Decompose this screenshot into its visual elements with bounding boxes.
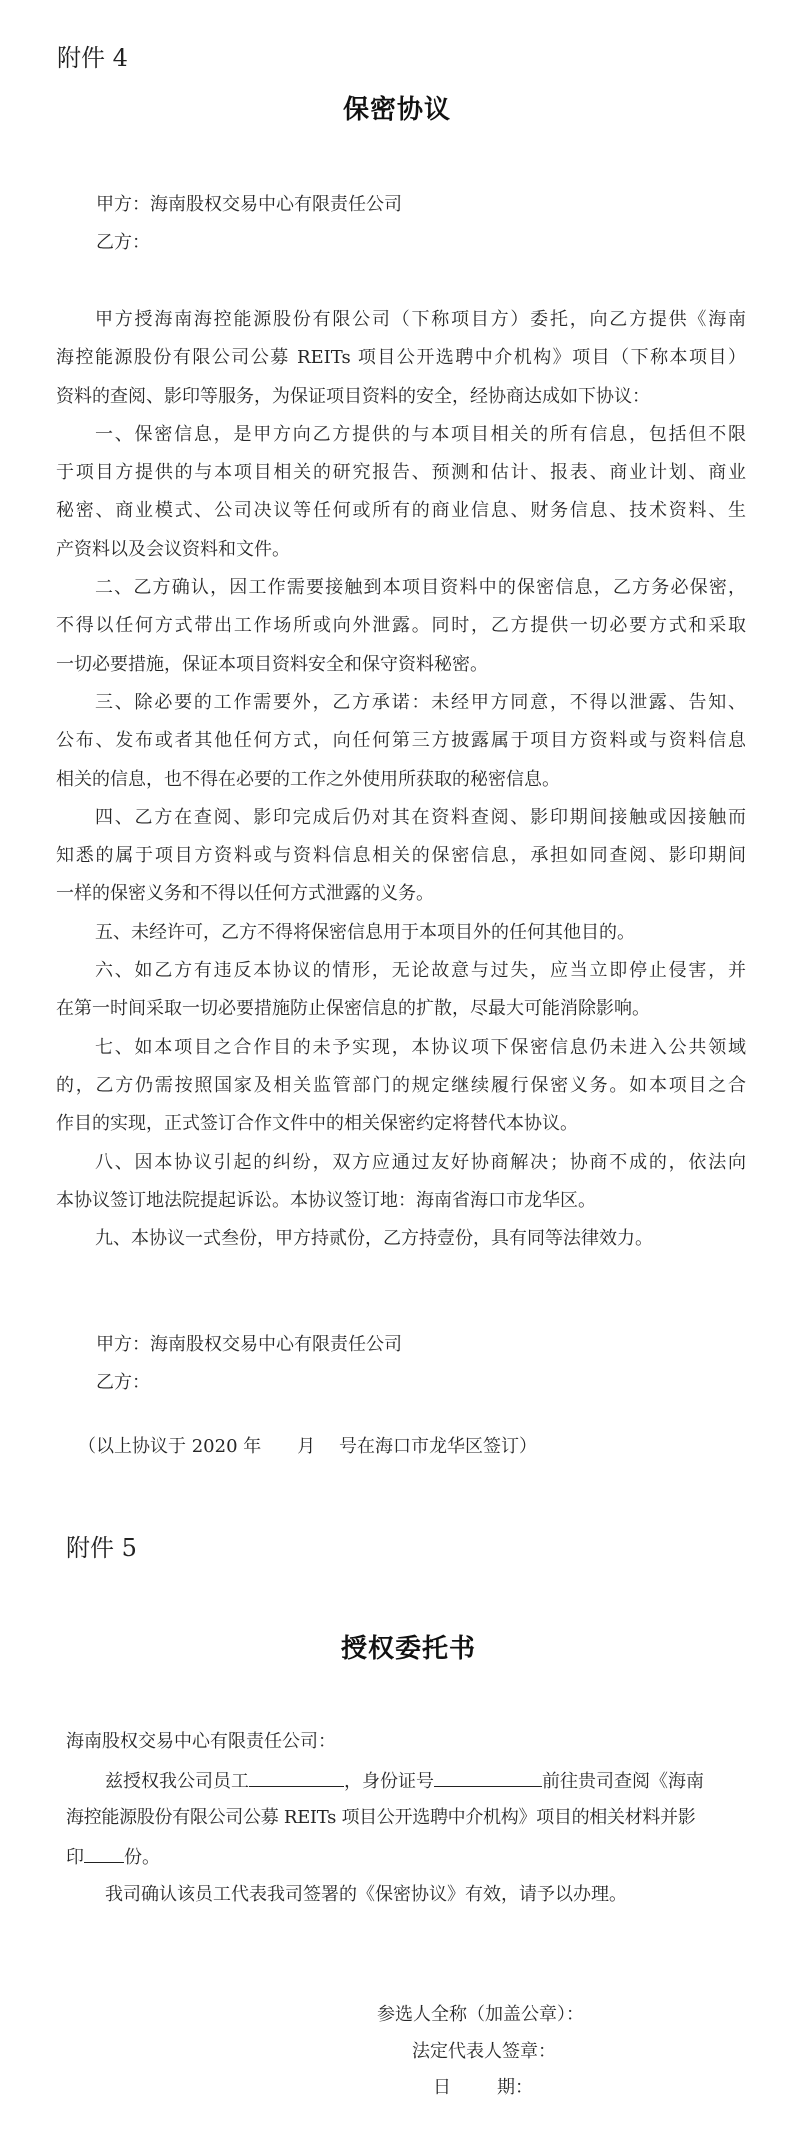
text-line: 本协议签订地法院提起诉讼。本协议签订地：海南省海口市龙华区。 [56, 1182, 746, 1220]
text-line: 资料的查阅、影印等服务，为保证项目资料的安全，经协商达成如下协议： [56, 378, 746, 416]
text-line: 于项目方提供的与本项目相关的研究报告、预测和估计、报表、商业计划、商业 [56, 454, 746, 492]
text-line: 二、乙方确认，因工作需要接触到本项目资料中的保密信息，乙方务必保密， [56, 569, 746, 607]
paragraph-intro: 甲方授海南海控能源股份有限公司（下称项目方）委托，向乙方提供《海南 海控能源股份… [56, 301, 746, 416]
text-line: 在第一时间采取一切必要措施防止保密信息的扩散，尽最大可能消除影响。 [56, 990, 746, 1028]
confirmation-line: 我司确认该员工代表我司签署的《保密协议》有效，请予以办理。 [105, 1883, 627, 1907]
clause-3: 三、除必要的工作需要外，乙方承诺：未经甲方同意，不得以泄露、告知、 公布、发布或… [56, 684, 746, 799]
attachment-5-label: 附件 5 [66, 1534, 137, 1562]
text-line: 公布、发布或者其他任何方式，向任何第三方披露属于项目方资料或与资料信息 [56, 722, 746, 760]
text-line: 甲方授海南海控能源股份有限公司（下称项目方）委托，向乙方提供《海南 [56, 301, 746, 339]
text-line: 一、保密信息，是甲方向乙方提供的与本项目相关的所有信息，包括但不限 [56, 416, 746, 454]
text-line: 的，乙方仍需按照国家及相关监管部门的规定继续履行保密义务。如本项目之合 [56, 1067, 746, 1105]
authorization-line-3: 印份。 [66, 1844, 160, 1870]
text-line: 一切必要措施，保证本项目资料安全和保守资料秘密。 [56, 646, 746, 684]
clause-8: 八、因本协议引起的纠纷，双方应通过友好协商解决；协商不成的，依法向 本协议签订地… [56, 1144, 746, 1221]
legal-rep-signature-line: 法定代表人签章： [412, 2040, 556, 2064]
text-line: 九、本协议一式叁份，甲方持贰份，乙方持壹份，具有同等法律效力。 [56, 1220, 746, 1258]
signing-date-line: （以上协议于 2020 年 月 号在海口市龙华区签订） [78, 1435, 537, 1459]
employee-name-blank[interactable] [249, 1768, 344, 1787]
clause-7: 七、如本项目之合作目的未予实现，本协议项下保密信息仍未进入公共领域 的，乙方仍需… [56, 1029, 746, 1144]
text-segment: 前往贵司查阅《海南 [542, 1771, 704, 1792]
id-number-blank[interactable] [434, 1768, 542, 1787]
text-segment: 印 [66, 1847, 84, 1868]
clause-9: 九、本协议一式叁份，甲方持贰份，乙方持壹份，具有同等法律效力。 [56, 1220, 746, 1258]
clause-2: 二、乙方确认，因工作需要接触到本项目资料中的保密信息，乙方务必保密， 不得以任何… [56, 569, 746, 684]
text-line: 八、因本协议引起的纠纷，双方应通过友好协商解决；协商不成的，依法向 [56, 1144, 746, 1182]
party-b-line: 乙方： [96, 231, 150, 255]
applicant-seal-line: 参选人全称（加盖公章）： [377, 2003, 584, 2027]
power-of-attorney-title: 授权委托书 [341, 1634, 476, 1664]
signature-party-a: 甲方：海南股权交易中心有限责任公司 [96, 1333, 402, 1357]
text-line: 海控能源股份有限公司公募 REITs 项目公开选聘中介机构》项目（下称本项目） [56, 339, 746, 377]
party-a-line: 甲方：海南股权交易中心有限责任公司 [96, 193, 402, 217]
text-line: 秘密、商业模式、公司决议等任何或所有的商业信息、财务信息、技术资料、生 [56, 492, 746, 530]
text-line: 四、乙方在查阅、影印完成后仍对其在资料查阅、影印期间接触或因接触而 [56, 799, 746, 837]
text-line: 三、除必要的工作需要外，乙方承诺：未经甲方同意，不得以泄露、告知、 [56, 684, 746, 722]
text-line: 七、如本项目之合作目的未予实现，本协议项下保密信息仍未进入公共领域 [56, 1029, 746, 1067]
text-line: 产资料以及会议资料和文件。 [56, 531, 746, 569]
signature-party-b: 乙方： [96, 1371, 150, 1395]
text-line: 不得以任何方式带出工作场所或向外泄露。同时，乙方提供一切必要方式和采取 [56, 607, 746, 645]
text-line: 五、未经许可，乙方不得将保密信息用于本项目外的任何其他目的。 [56, 914, 746, 952]
text-line: 六、如乙方有违反本协议的情形，无论故意与过失，应当立即停止侵害，并 [56, 952, 746, 990]
addressee-line: 海南股权交易中心有限责任公司： [66, 1730, 336, 1754]
clause-5: 五、未经许可，乙方不得将保密信息用于本项目外的任何其他目的。 [56, 914, 746, 952]
text-line: 一样的保密义务和不得以任何方式泄露的义务。 [56, 875, 746, 913]
text-segment: ，身份证号 [344, 1771, 434, 1792]
text-line: 知悉的属于项目方资料或与资料信息相关的保密信息，承担如同查阅、影印期间 [56, 837, 746, 875]
text-segment: 份。 [124, 1847, 160, 1868]
date-label-period: 期： [497, 2076, 533, 2100]
clause-6: 六、如乙方有违反本协议的情形，无论故意与过失，应当立即停止侵害，并 在第一时间采… [56, 952, 746, 1029]
copies-count-blank[interactable] [84, 1844, 124, 1863]
clause-1: 一、保密信息，是甲方向乙方提供的与本项目相关的所有信息，包括但不限 于项目方提供… [56, 416, 746, 569]
text-segment: 兹授权我公司员工 [105, 1771, 249, 1792]
text-line: 作目的实现，正式签订合作文件中的相关保密约定将替代本协议。 [56, 1105, 746, 1143]
confidentiality-agreement-title: 保密协议 [343, 95, 451, 125]
agreement-body: 甲方授海南海控能源股份有限公司（下称项目方）委托，向乙方提供《海南 海控能源股份… [56, 301, 746, 1258]
text-line: 相关的信息，也不得在必要的工作之外使用所获取的秘密信息。 [56, 761, 746, 799]
authorization-line-2: 海控能源股份有限公司公募 REITs 项目公开选聘中介机构》项目的相关材料并影 [66, 1806, 695, 1830]
date-label-day: 日 [433, 2076, 451, 2100]
attachment-4-label: 附件 4 [57, 44, 128, 72]
clause-4: 四、乙方在查阅、影印完成后仍对其在资料查阅、影印期间接触或因接触而 知悉的属于项… [56, 799, 746, 914]
authorization-line-1: 兹授权我公司员工，身份证号前往贵司查阅《海南 [105, 1768, 745, 1794]
